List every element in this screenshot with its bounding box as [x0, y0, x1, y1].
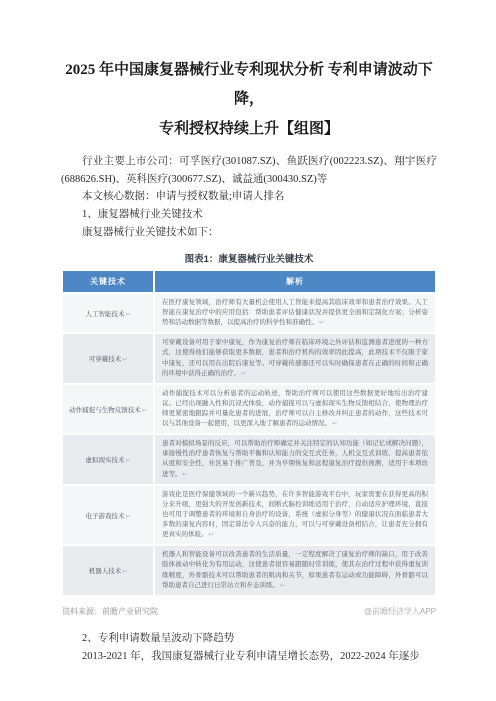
table-row: 机器人技术 机器人和智能设备可以改善患者的生活质量，一定程度解决了康复治疗师的缺… [63, 546, 435, 594]
header-cell-analysis: 解析 [155, 271, 435, 292]
section2-heading: 2、专利申请数量呈波动下降趋势 [61, 630, 437, 648]
page-title-line1: 2025 年中国康复器械行业专利现状分析 专利申请波动下降， [61, 56, 437, 115]
table-header-row: 关键技术 解析 [63, 271, 435, 292]
table-row: 虚拟现实技术 患者对模拟场景的反应，可以帮助治疗师确定并关注特定的认知功能（如记… [63, 435, 435, 483]
tech-cell: 可穿戴技术 [63, 334, 153, 382]
table-row: 可穿戴技术 可穿戴设备可用于家中康复，作为康复治疗师在临床环境之外评估和监测患者… [63, 334, 435, 382]
page-title-line2: 专利授权持续上升【组图】 [61, 115, 437, 144]
source-note: 资料来源：前瞻产业研究院 [62, 606, 158, 617]
table-row: 人工智能技术 在医疗康复领域，治疗师有大量机会使用人工智能来提高其临床效率和患者… [63, 294, 435, 332]
intro-companies-paragraph: 行业主要上市公司：可孚医疗(301087.SZ)、鱼跃医疗(002223.SZ)… [61, 153, 437, 189]
tech-cell: 虚拟现实技术 [63, 435, 153, 483]
trend-paragraph: 2013-2021 年，我国康复器械行业专利申请呈增长态势，2022-2024 … [61, 648, 437, 666]
table-lead-in: 康复器械行业关键技术如下： [61, 224, 437, 242]
table-row: 动作捕捉与生物反馈技术 动作捕捉技术可以分析患者的运动轨迹，帮助治疗师可以使用这… [63, 385, 435, 433]
tech-cell: 机器人技术 [63, 546, 153, 594]
desc-cell: 动作捕捉技术可以分析患者的运动轨迹，帮助治疗师可以使用这些数据更好地给出治疗建议… [155, 385, 435, 433]
header-cell-tech: 关键技术 [63, 271, 153, 292]
table-row: 电子游戏技术 游戏化是医疗保健领域的一个新兴趋势，在许多智能游戏平台中，玩家需要… [63, 486, 435, 545]
desc-cell: 在医疗康复领域，治疗师有大量机会使用人工智能来提高其临床效率和患者治疗效果。人工… [155, 294, 435, 332]
desc-cell: 可穿戴设备可用于家中康复，作为康复治疗师在临床环境之外评估和监测患者进度的一种方… [155, 334, 435, 382]
figure-title: 图表1：康复器械行业关键技术 [61, 251, 437, 265]
desc-cell: 患者对模拟场景的反应，可以帮助治疗师确定并关注特定的认知功能（如记忆或解决问题）… [155, 435, 435, 483]
tech-cell: 人工智能技术 [63, 294, 153, 332]
document-page: 2025 年中国康复器械行业专利现状分析 专利申请波动下降， 专利授权持续上升【… [0, 0, 496, 701]
desc-cell: 游戏化是医疗保健领域的一个新兴趋势，在许多智能游戏平台中，玩家需要在获得更高的积… [155, 486, 435, 545]
page-title: 2025 年中国康复器械行业专利现状分析 专利申请波动下降， 专利授权持续上升【… [61, 56, 437, 144]
watermark: @前瞻经济学人APP [364, 606, 436, 617]
key-tech-table: 关键技术 解析 人工智能技术 在医疗康复领域，治疗师有大量机会使用人工智能来提高… [61, 269, 437, 597]
section1-heading: 1、康复器械行业关键技术 [61, 206, 437, 224]
tech-cell: 电子游戏技术 [63, 486, 153, 545]
source-row: 资料来源：前瞻产业研究院 @前瞻经济学人APP [62, 606, 436, 617]
tech-cell: 动作捕捉与生物反馈技术 [63, 385, 153, 433]
desc-cell: 机器人和智能设备可以改善患者的生活质量，一定程度解决了康复治疗师的缺口，用于改善… [155, 546, 435, 594]
core-data-line: 本文核心数据：申请与授权数量;申请人排名 [61, 188, 437, 206]
